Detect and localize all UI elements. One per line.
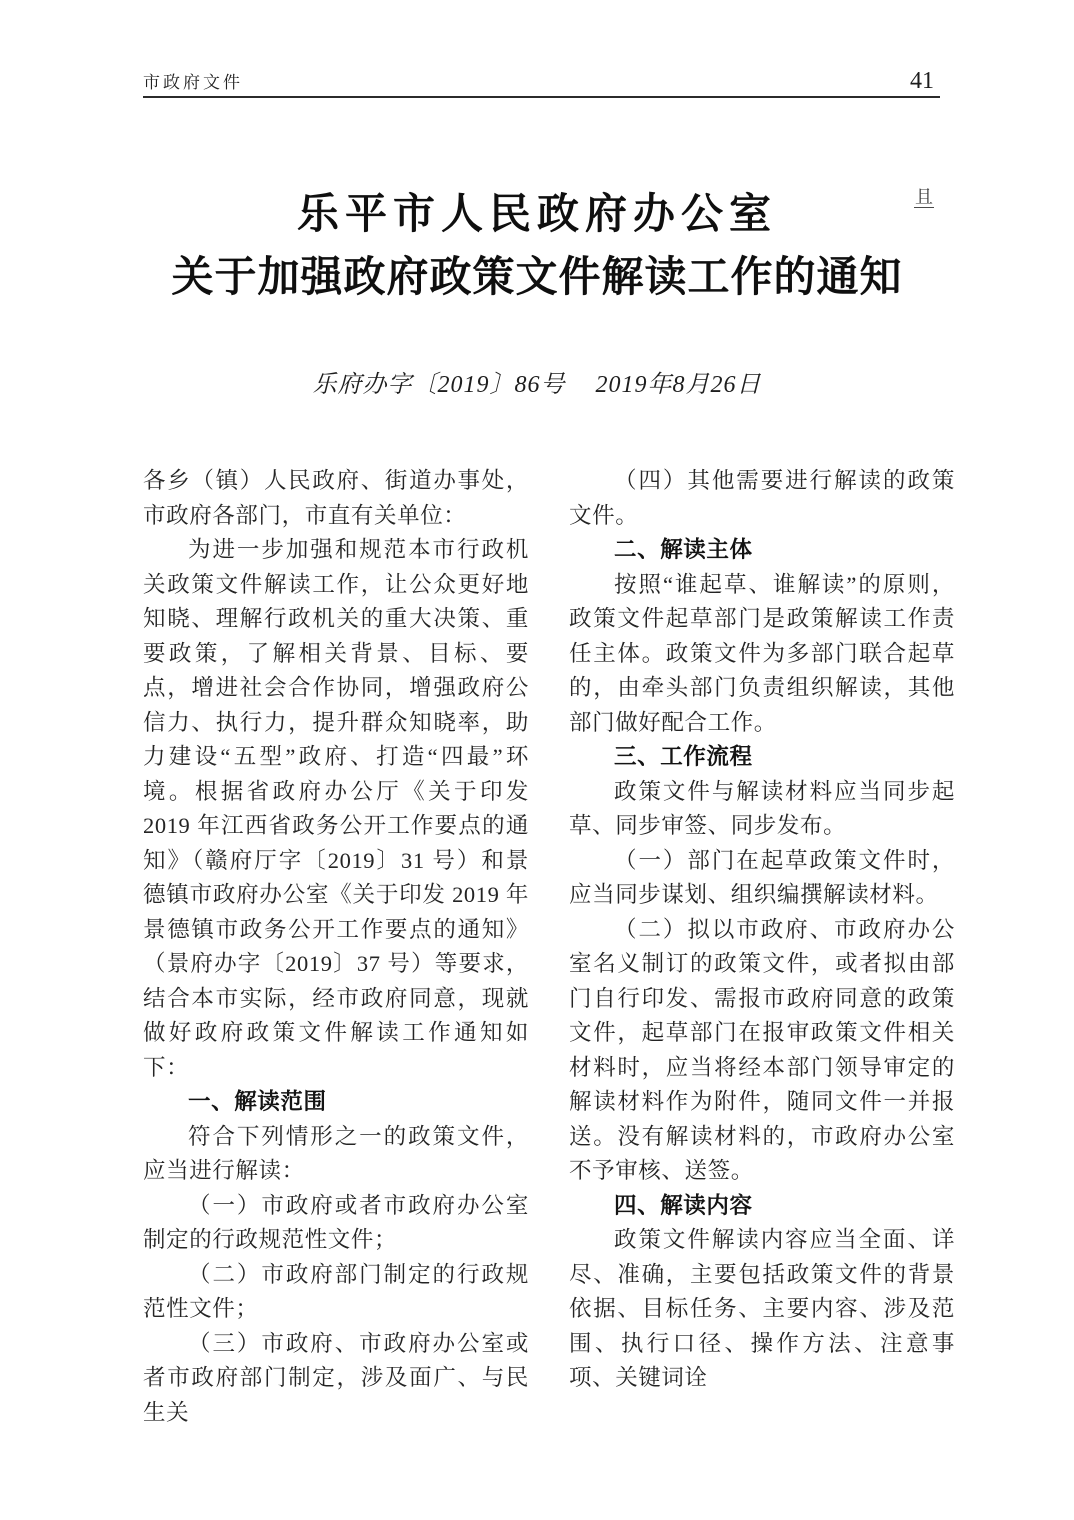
- section-heading: 三、工作流程: [569, 740, 955, 775]
- doc-title: 乐平市人民政府办公室 关于加强政府政策文件解读工作的通知: [0, 184, 1074, 310]
- body-columns: 各乡（镇）人民政府、街道办事处，市政府各部门，市直有关单位：为进一步加强和规范本…: [143, 464, 955, 1430]
- page-header: 市政府文件 41: [143, 68, 940, 98]
- paragraph: 符合下列情形之一的政策文件，应当进行解读：: [143, 1120, 529, 1189]
- paragraph: （一）市政府或者市政府办公室制定的行政规范性文件；: [143, 1189, 529, 1258]
- document-page: 市政府文件 41 且 乐平市人民政府办公室 关于加强政府政策文件解读工作的通知 …: [0, 0, 1074, 1520]
- paragraph: （一）部门在起草政策文件时，应当同步谋划、组织编撰解读材料。: [569, 844, 955, 913]
- doc-date: 2019年8月26日: [596, 372, 762, 398]
- paragraph: 政策文件与解读材料应当同步起草、同步审签、同步发布。: [569, 775, 955, 844]
- section-heading: 二、解读主体: [569, 533, 955, 568]
- paragraph: 按照“谁起草、谁解读”的原则，政策文件起草部门是政策解读工作责任主体。政策文件为…: [569, 568, 955, 741]
- paragraph: 政策文件解读内容应当全面、详尽、准确，主要包括政策文件的背景依据、目标任务、主要…: [569, 1223, 955, 1396]
- paragraph: （二）拟以市政府、市政府办公室名义制订的政策文件，或者拟由部门自行印发、需报市政…: [569, 913, 955, 1189]
- title-line-1: 乐平市人民政府办公室: [0, 184, 1074, 247]
- paragraph: 为进一步加强和规范本市行政机关政策文件解读工作，让公众更好地知晓、理解行政机关的…: [143, 533, 529, 1085]
- doc-meta-line: 乐府办字〔2019〕86号2019年8月26日: [0, 364, 1074, 399]
- paragraph: （二）市政府部门制定的行政规范性文件；: [143, 1258, 529, 1327]
- section-label: 市政府文件: [143, 68, 243, 93]
- doc-number: 乐府办字〔2019〕86号: [313, 372, 566, 398]
- paragraph: （三）市政府、市政府办公室或者市政府部门制定，涉及面广、与民生关: [143, 1327, 529, 1431]
- paragraph: 各乡（镇）人民政府、街道办事处，市政府各部门，市直有关单位：: [143, 464, 529, 533]
- section-heading: 一、解读范围: [143, 1085, 529, 1120]
- paragraph: （四）其他需要进行解读的政策文件。: [569, 464, 955, 533]
- section-heading: 四、解读内容: [569, 1189, 955, 1224]
- right-column: （四）其他需要进行解读的政策文件。二、解读主体按照“谁起草、谁解读”的原则，政策…: [569, 464, 955, 1430]
- page-number: 41: [910, 69, 934, 93]
- title-line-2: 关于加强政府政策文件解读工作的通知: [0, 247, 1074, 310]
- left-column: 各乡（镇）人民政府、街道办事处，市政府各部门，市直有关单位：为进一步加强和规范本…: [143, 464, 529, 1430]
